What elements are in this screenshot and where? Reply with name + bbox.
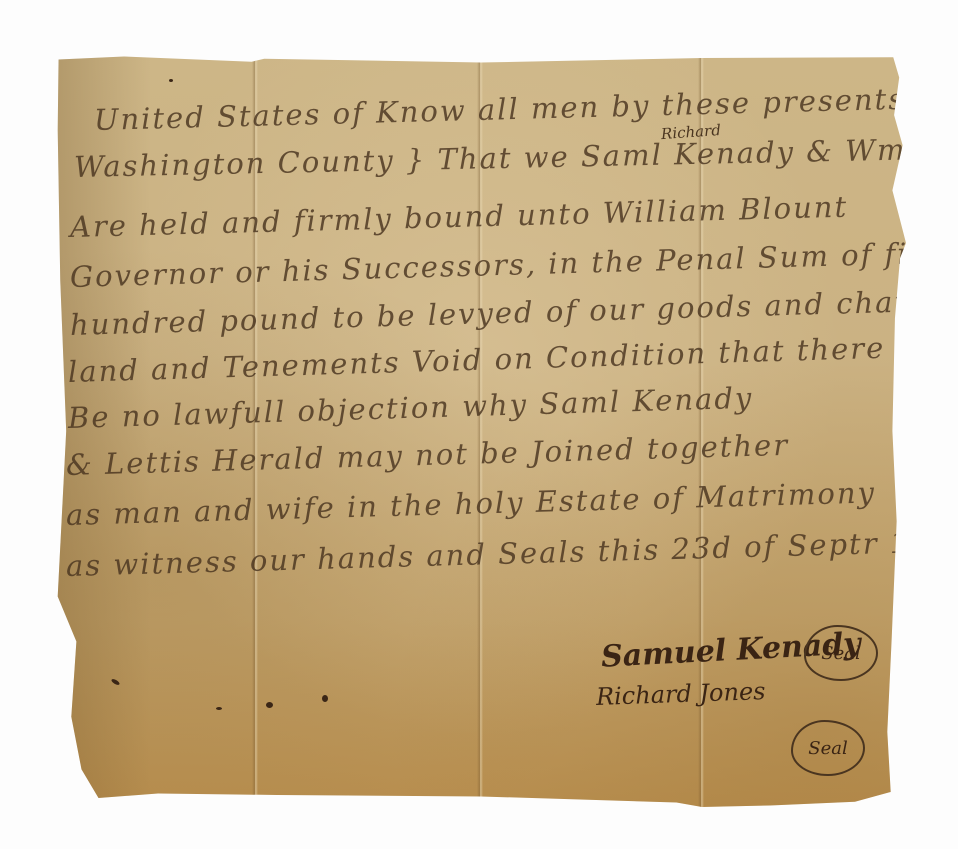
body-line: & Lettis Herald may not be Joined togeth… — [66, 428, 790, 482]
body-line: as witness our hands and Seals this 23d … — [66, 524, 958, 583]
seal-icon: Seal — [804, 625, 878, 681]
scan-canvas: United States of Know all men by these p… — [0, 0, 958, 849]
body-line: as man and wife in the holy Estate of Ma… — [66, 475, 877, 532]
ink-blot — [169, 79, 173, 82]
signature-richard-jones: Richard Jones — [596, 677, 766, 711]
body-line: Washington County } That we Saml Kenady … — [74, 130, 958, 184]
document-paper: United States of Know all men by these p… — [56, 55, 906, 807]
seal-label: Seal — [821, 643, 860, 664]
seal-icon: Seal — [791, 720, 865, 776]
body-line: United States of Know all men by these p… — [94, 82, 906, 137]
seal-label: Seal — [808, 738, 847, 759]
body-line: Are held and firmly bound unto William B… — [70, 190, 849, 244]
ink-blot — [322, 695, 328, 702]
ink-blot — [216, 707, 222, 710]
body-line: land and Tenements Void on Condition tha… — [67, 331, 885, 389]
body-line: Be no lawfull objection why Saml Kenady — [67, 381, 753, 435]
handwritten-body: United States of Know all men by these p… — [56, 55, 906, 807]
body-line: Governor or his Successors, in the Penal… — [70, 236, 947, 294]
ink-blot — [266, 702, 273, 708]
